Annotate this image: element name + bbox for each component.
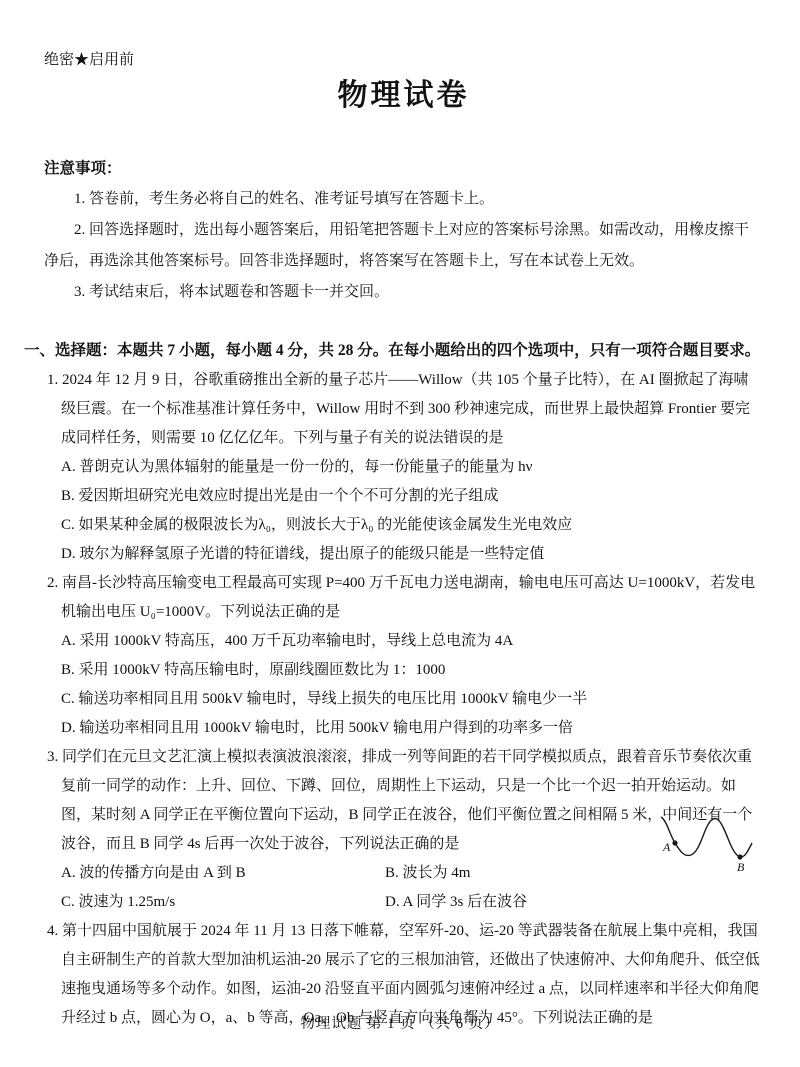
classification-label: 绝密★启用前: [44, 50, 763, 70]
question-1-stem: 1. 2024 年 12 月 9 日，谷歌重磅推出全新的量子芯片——Willow…: [44, 366, 763, 453]
page-footer: 物理试题 第 1 页 （共 6 页）: [0, 1012, 800, 1033]
page-title: 物理试卷: [44, 78, 763, 114]
wave-figure: A B: [656, 810, 760, 874]
question-1-option-c: C. 如果某种金属的极限波长为λ₀，则波长大于λ₀ 的光能使该金属发生光电效应: [44, 511, 763, 540]
question-2: 2. 南昌-长沙特高压输变电工程最高可实现 P=400 万千瓦电力送电湖南，输电…: [44, 569, 763, 743]
question-3-option-d: D. A 同学 3s 后在波谷: [385, 888, 763, 917]
question-1-option-a: A. 普朗克认为黑体辐射的能量是一份一份的，每一份能量子的能量为 hν: [44, 453, 763, 482]
point-b-label: B: [737, 860, 745, 874]
question-1: 1. 2024 年 12 月 9 日，谷歌重磅推出全新的量子芯片——Willow…: [44, 366, 763, 569]
notice-item-1: 1. 答卷前，考生务必将自己的姓名、准考证号填写在答题卡上。: [44, 184, 763, 215]
point-b-dot: [737, 854, 742, 859]
question-1-number: 1.: [47, 372, 58, 388]
notice-section: 注意事项： 1. 答卷前，考生务必将自己的姓名、准考证号填写在答题卡上。 2. …: [44, 154, 763, 308]
question-2-option-a: A. 采用 1000kV 特高压，400 万千瓦功率输电时，导线上总电流为 4A: [44, 627, 763, 656]
question-3-option-c: C. 波速为 1.25m/s: [61, 888, 385, 917]
question-2-option-d: D. 输送功率相同且用 1000kV 输电时，比用 500kV 输电用户得到的功…: [44, 714, 763, 743]
notice-item-3: 3. 考试结束后，将本试题卷和答题卡一并交回。: [44, 277, 763, 308]
point-a-dot: [672, 840, 677, 845]
question-2-stem-text: 南昌-长沙特高压输变电工程最高可实现 P=400 万千瓦电力送电湖南，输电电压可…: [61, 575, 755, 620]
question-2-stem: 2. 南昌-长沙特高压输变电工程最高可实现 P=400 万千瓦电力送电湖南，输电…: [44, 569, 763, 627]
question-3-number: 3.: [47, 749, 58, 765]
question-2-number: 2.: [47, 575, 58, 591]
notice-item-2: 2. 回答选择题时，选出每小题答案后，用铅笔把答题卡上对应的答案标号涂黑。如需改…: [44, 215, 763, 277]
question-1-option-b: B. 爱因斯坦研究光电效应时提出光是由一个个不可分割的光子组成: [44, 482, 763, 511]
point-a-label: A: [662, 840, 671, 854]
section-1-heading: 一、选择题：本题共 7 小题，每小题 4 分，共 28 分。在每小题给出的四个选…: [24, 336, 763, 366]
wave-curve: [661, 817, 752, 857]
question-3-stem-text: 同学们在元旦文艺汇演上模拟表演波浪滚滚，排成一列等间距的若干同学模拟质点，跟着音…: [61, 749, 752, 852]
question-4-stem-text: 第十四届中国航展于 2024 年 11 月 13 日落下帷幕，空军歼-20、运-…: [61, 923, 760, 1026]
question-2-option-b: B. 采用 1000kV 特高压输电时，原副线圈匝数比为 1：1000: [44, 656, 763, 685]
notice-heading: 注意事项：: [44, 154, 763, 184]
question-1-stem-text: 2024 年 12 月 9 日，谷歌重磅推出全新的量子芯片——Willow（共 …: [61, 372, 750, 446]
question-3-option-a: A. 波的传播方向是由 A 到 B: [61, 859, 385, 888]
question-4-number: 4.: [47, 923, 58, 939]
question-2-option-c: C. 输送功率相同且用 500kV 输电时，导线上损失的电压比用 1000kV …: [44, 685, 763, 714]
question-1-option-d: D. 玻尔为解释氢原子光谱的特征谱线，提出原子的能级只能是一些特定值: [44, 540, 763, 569]
exam-page: 绝密★启用前 物理试卷 注意事项： 1. 答卷前，考生务必将自己的姓名、准考证号…: [0, 0, 800, 1067]
